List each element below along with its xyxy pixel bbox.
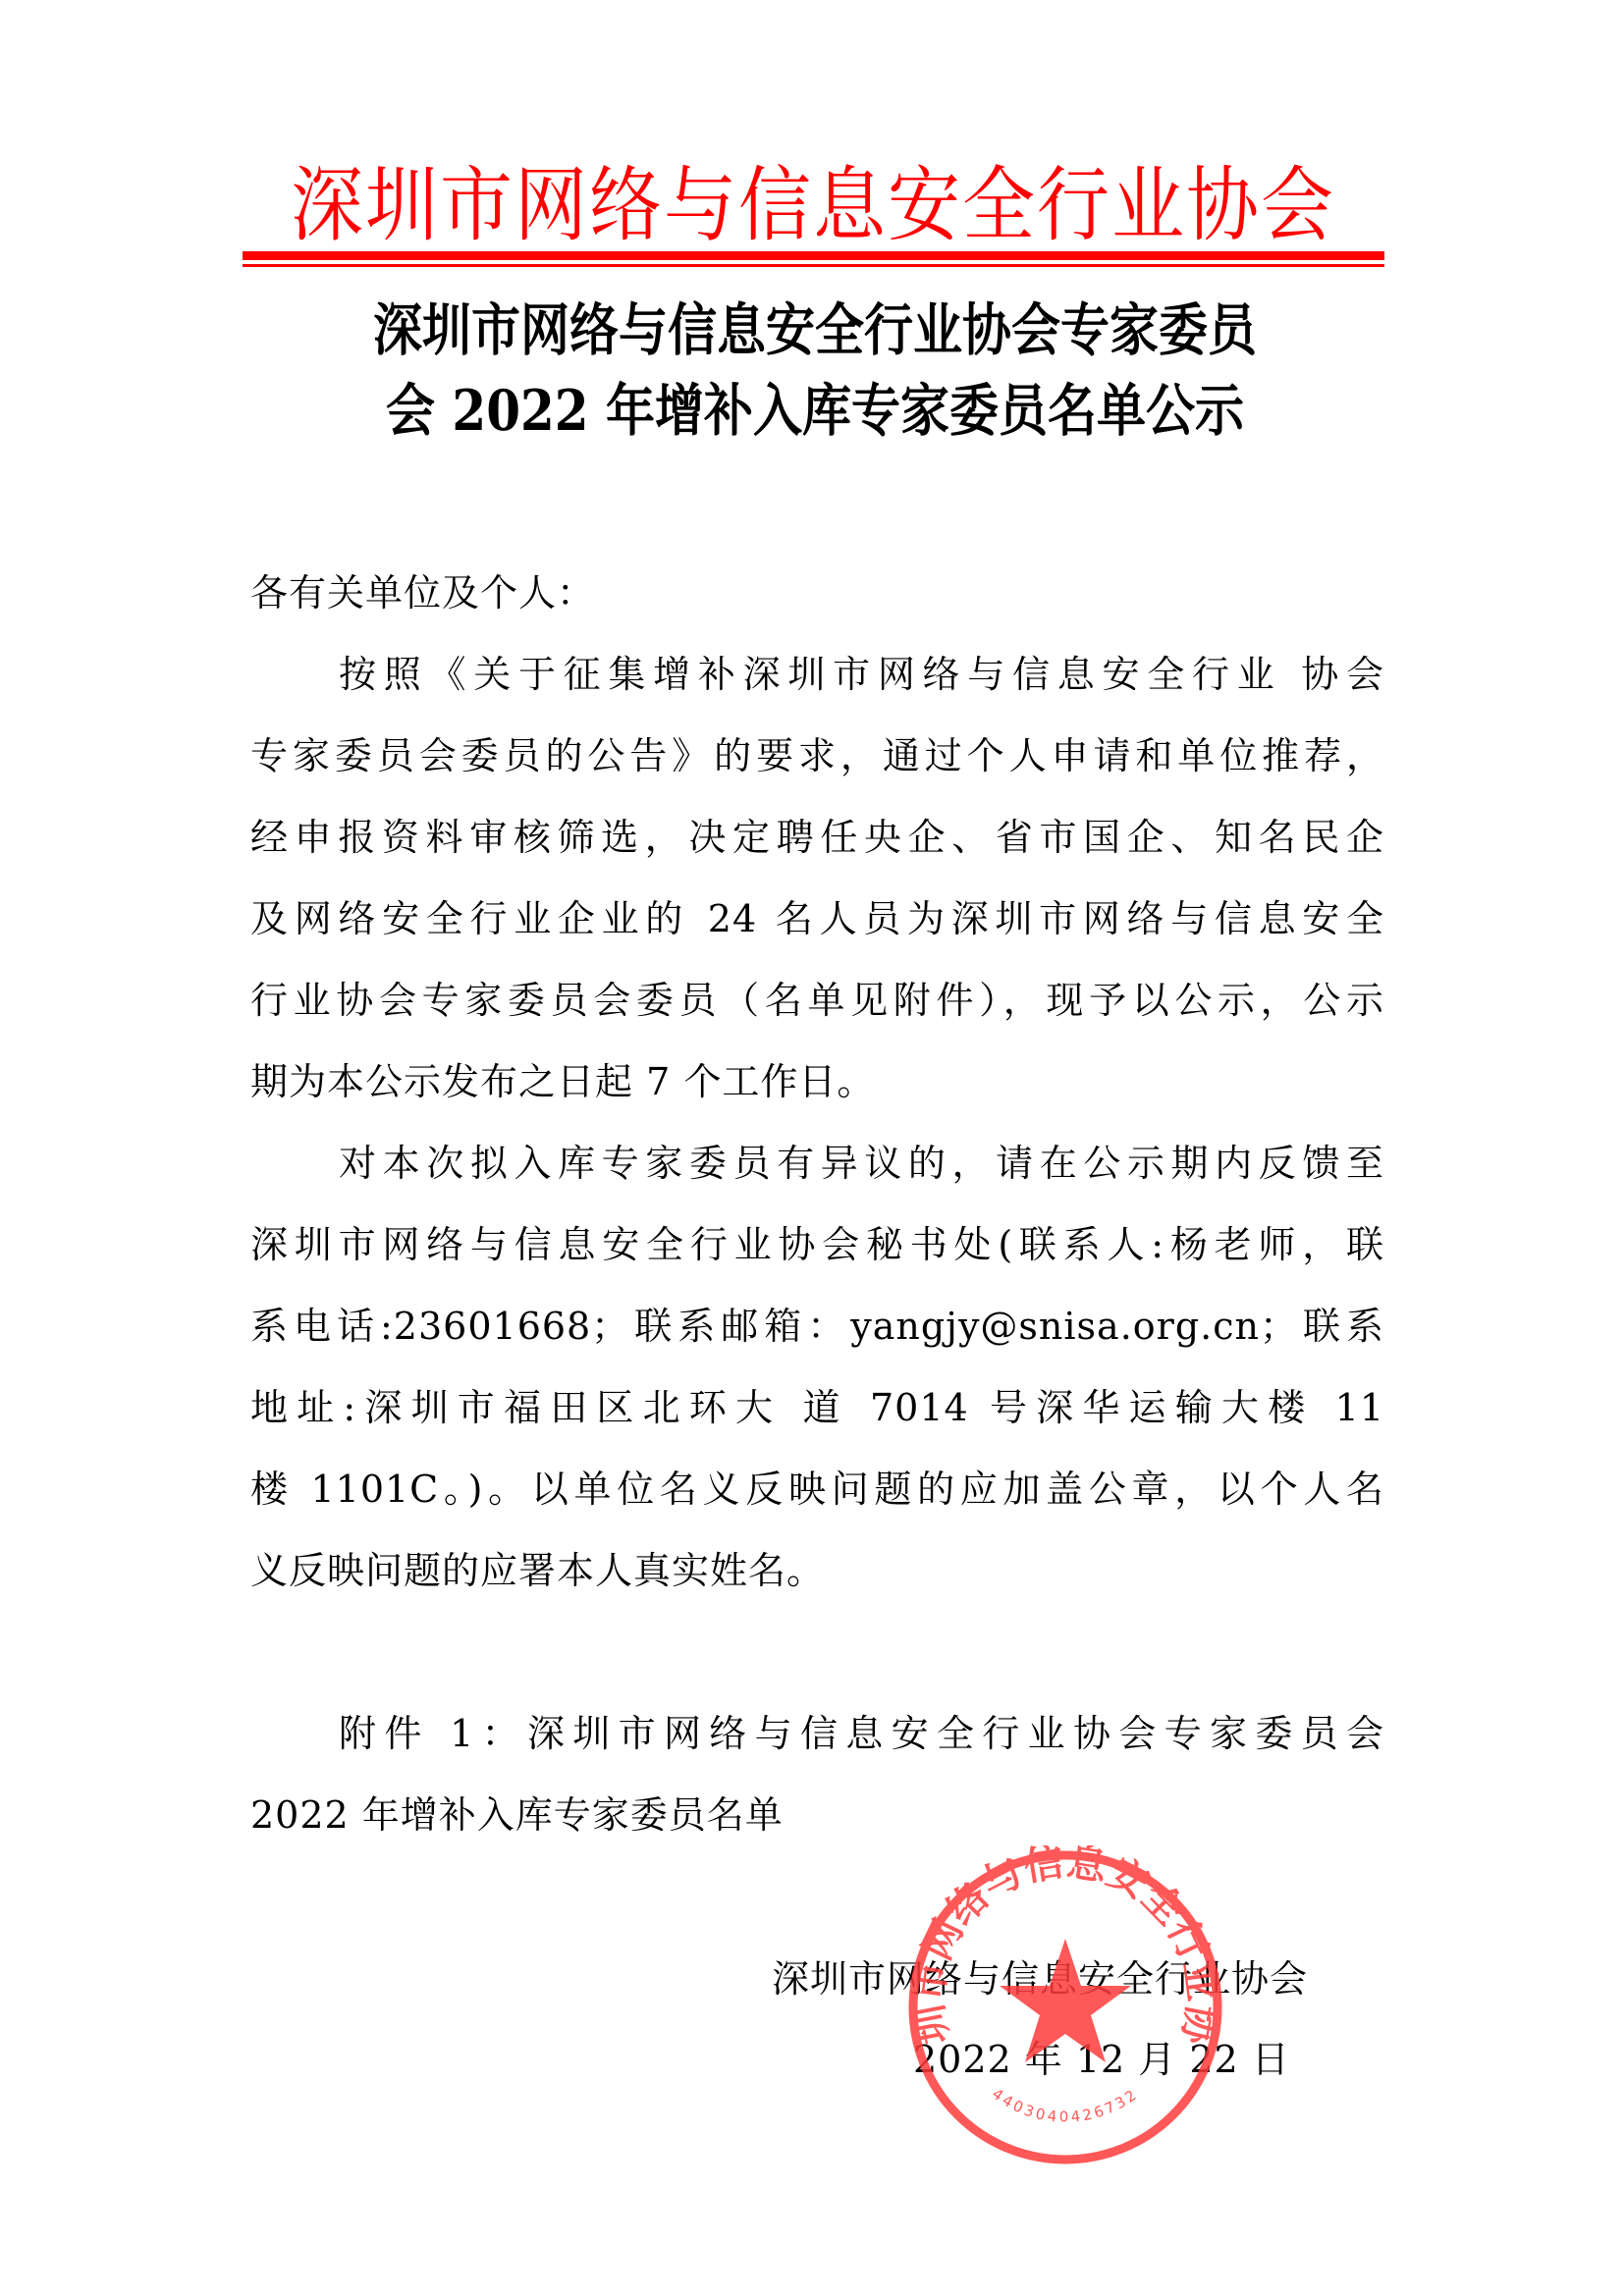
paragraph2-line: 义反映问题的应署本人真实姓名。	[250, 1530, 825, 1612]
seal-text: 深圳市网络与信息安全行业协会	[903, 1845, 1224, 2050]
attachment-line: 附件 1：深圳市网络与信息安全行业协会专家委员会	[250, 1693, 1384, 1775]
paragraph2-line: 地址:深圳市福田区北环大 道 7014 号深华运输大楼 11	[250, 1367, 1384, 1449]
svg-text:4403040426732: 4403040426732	[989, 2085, 1142, 2126]
document-title-line2: 会 2022 年增补入库专家委员名单公示	[250, 377, 1380, 445]
paragraph1-line: 按照《关于征集增补深圳市网络与信息安全行业 协会	[250, 634, 1384, 716]
signature-date: 2022 年 12 月 22 日	[913, 2037, 1290, 2082]
paragraph1-line: 专家委员会委员的公告》的要求，通过个人申请和单位推荐，	[250, 716, 1384, 797]
paragraph1-line: 经申报资料审核筛选，决定聘任央企、省市国企、知名民企	[250, 797, 1384, 879]
official-seal-icon: 深圳市网络与信息安全行业协会 4403040426732	[903, 1845, 1227, 2169]
letterhead-rule-thin	[243, 264, 1384, 267]
svg-text:深圳市网络与信息安全行业协会: 深圳市网络与信息安全行业协会	[903, 1845, 1224, 2050]
paragraph2-line: 深圳市网络与信息安全行业协会秘书处(联系人:杨老师，联	[250, 1204, 1384, 1286]
paragraph1-line: 及网络安全行业企业的 24 名人员为深圳市网络与信息安全	[250, 879, 1384, 960]
paragraph2-line: 对本次拟入库专家委员有异议的，请在公示期内反馈至	[250, 1123, 1384, 1204]
seal-code: 4403040426732	[989, 2085, 1142, 2126]
paragraph1-line: 期为本公示发布之日起 7 个工作日。	[250, 1041, 875, 1123]
document-page: 深圳市网络与信息安全行业协会 深圳市网络与信息安全行业协会专家委员 会 2022…	[0, 0, 1624, 2296]
letterhead-rule-thick	[243, 251, 1384, 260]
signature-organization: 深圳市网络与信息安全行业协会	[772, 1956, 1308, 2002]
document-title-line1: 深圳市网络与信息安全行业协会专家委员	[250, 296, 1380, 364]
paragraph2-line: 系电话:23601668；联系邮箱：yangjy@snisa.org.cn；联系	[250, 1286, 1384, 1367]
letterhead-organization: 深圳市网络与信息安全行业协会	[244, 157, 1382, 254]
paragraph1-line: 行业协会专家委员会委员（名单见附件），现予以公示，公示	[250, 960, 1384, 1041]
paragraph2-line: 楼 1101C。)。以单位名义反映问题的应加盖公章，以个人名	[250, 1449, 1384, 1530]
salutation: 各有关单位及个人：	[250, 553, 595, 634]
attachment-line: 2022 年增补入库专家委员名单	[250, 1775, 784, 1856]
